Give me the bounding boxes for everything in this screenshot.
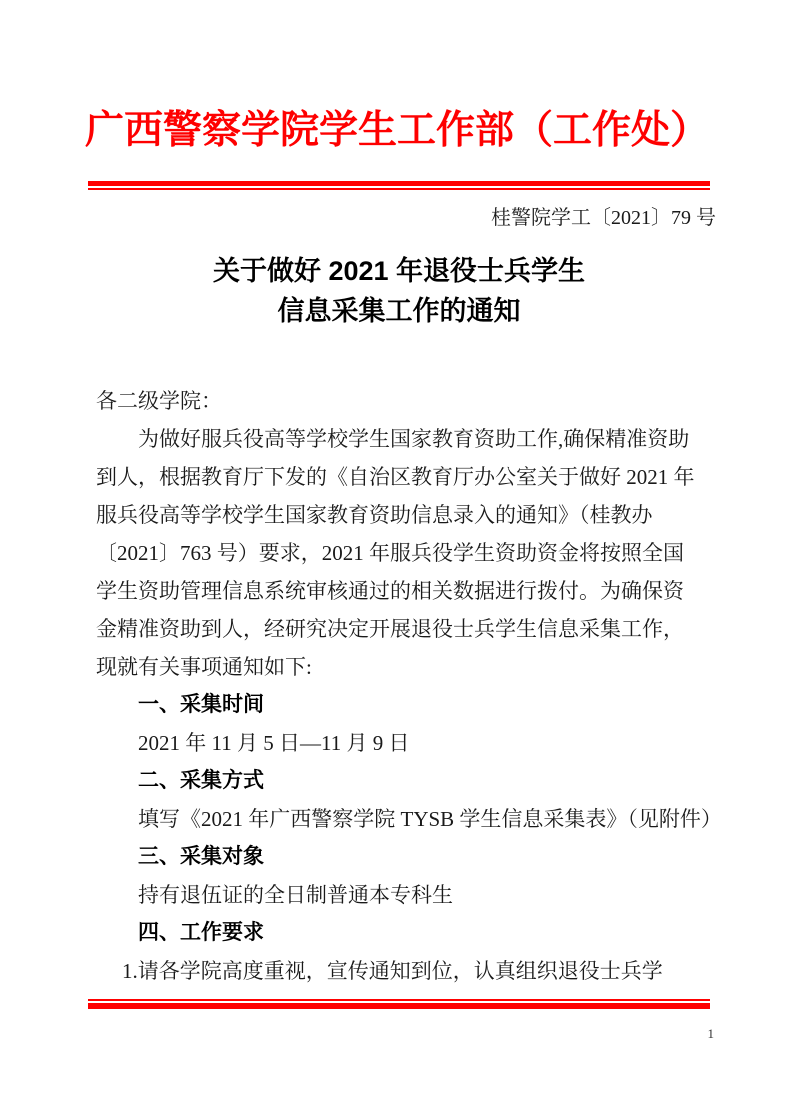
body-text-line: 2021 年 11 月 5 日—11 月 9 日 xyxy=(96,724,718,762)
document-title-line2: 信息采集工作的通知 xyxy=(88,291,710,331)
body-text-line: 学生资助管理信息系统审核通过的相关数据进行拨付。为确保资 xyxy=(96,572,718,610)
body-text-line: 1.请各学院高度重视，宣传通知到位，认真组织退役士兵学 xyxy=(96,952,718,990)
body-text-line: 各二级学院： xyxy=(96,382,718,420)
document-page: 广西警察学院学生工作部（工作处） 桂警院学工〔2021〕79 号 关于做好 20… xyxy=(0,0,794,1108)
document-number: 桂警院学工〔2021〕79 号 xyxy=(491,201,716,230)
document-body: 各二级学院：为做好服兵役高等学校学生国家教育资助工作,确保精准资助到人，根据教育… xyxy=(96,382,718,990)
body-text-line: 〔2021〕763 号）要求，2021 年服兵役学生资助资金将按照全国 xyxy=(96,534,718,572)
page-number: 1 xyxy=(708,1026,715,1042)
body-text-line: 持有退伍证的全日制普通本专科生 xyxy=(96,876,718,914)
letterhead-org-title: 广西警察学院学生工作部（工作处） xyxy=(0,99,794,155)
body-heading-line: 四、工作要求 xyxy=(96,914,718,952)
body-text-line: 到人，根据教育厅下发的《自治区教育厅办公室关于做好 2021 年 xyxy=(96,458,718,496)
body-heading-line: 三、采集对象 xyxy=(96,838,718,876)
body-text-line: 金精准资助到人，经研究决定开展退役士兵学生信息采集工作， xyxy=(96,610,718,648)
document-title: 关于做好 2021 年退役士兵学生 信息采集工作的通知 xyxy=(88,251,710,331)
letterhead-separator-rule-thin xyxy=(88,188,710,190)
body-text-line: 现就有关事项通知如下: xyxy=(96,648,718,686)
footer-separator-rule xyxy=(88,999,710,1009)
body-text-line: 服兵役高等学校学生国家教育资助信息录入的通知》（桂教办 xyxy=(96,496,718,534)
letterhead-separator-rule xyxy=(88,181,710,190)
body-text-line: 填写《2021 年广西警察学院 TYSB 学生信息采集表》（见附件） xyxy=(96,800,718,838)
footer-separator-rule-thick xyxy=(88,1003,710,1009)
body-heading-line: 二、采集方式 xyxy=(96,762,718,800)
body-heading-line: 一、采集时间 xyxy=(96,686,718,724)
body-text-line: 为做好服兵役高等学校学生国家教育资助工作,确保精准资助 xyxy=(96,420,718,458)
document-title-line1: 关于做好 2021 年退役士兵学生 xyxy=(88,251,710,291)
